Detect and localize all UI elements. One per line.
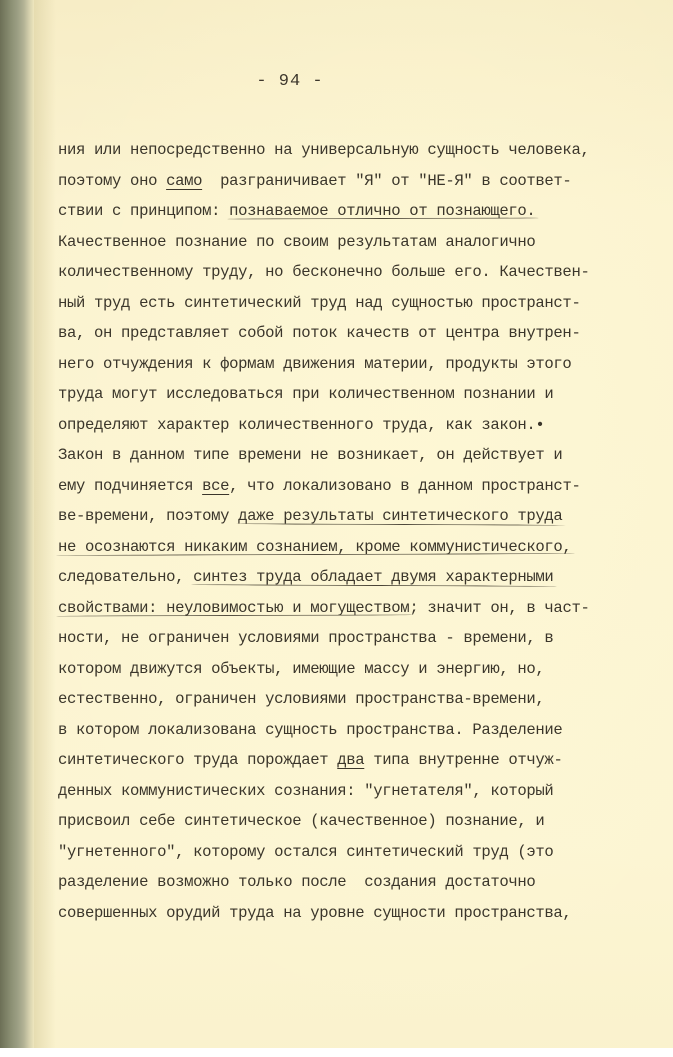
page-bottom-edge: [0, 1048, 673, 1057]
text-segment: ности, не ограничен условиями пространст…: [58, 629, 553, 647]
text-line: "угнетенного", которому остался синтетич…: [58, 837, 658, 868]
text-line: определяют характер количественного труд…: [58, 410, 658, 441]
text-line: ствии с принципом: познаваемое отлично о…: [58, 196, 658, 227]
text-line: количественному труду, но бесконечно бол…: [58, 257, 658, 288]
text-segment: следовательно,: [58, 568, 193, 586]
text-line: Закон в данном типе времени не возникает…: [58, 440, 658, 471]
text-segment: присвоил себе синтетическое (качественно…: [58, 812, 544, 830]
text-segment: ния или непосредственно на универсальную…: [58, 141, 589, 159]
text-segment: разграничивает "Я" от "НЕ-Я" в соответ-: [202, 172, 571, 190]
text-segment: ствии с принципом:: [58, 202, 229, 220]
text-segment: Закон в данном типе времени не возникает…: [58, 446, 562, 464]
text-segment: "угнетенного", которому остался синтетич…: [58, 843, 553, 861]
text-segment: труда могут исследоваться при количестве…: [58, 385, 553, 403]
text-line: труда могут исследоваться при количестве…: [58, 379, 658, 410]
binding-shadow: [34, 0, 56, 1048]
text-line: него отчуждения к формам движения матери…: [58, 349, 658, 380]
text-line: ва, он представляет собой поток качеств …: [58, 318, 658, 349]
text-segment: ный труд есть синтетический труд над сущ…: [58, 294, 580, 312]
underlined-word: два: [337, 751, 364, 769]
text-segment: естественно, ограничен условиями простра…: [58, 690, 544, 708]
text-line: разделение возможно только после создани…: [58, 867, 658, 898]
text-line: совершенных орудий труда на уровне сущно…: [58, 898, 658, 929]
underlined-word: само: [166, 172, 202, 190]
text-line: ве-времени, поэтому даже результаты синт…: [58, 501, 658, 532]
text-segment: разделение возможно только после создани…: [58, 873, 535, 891]
text-line: присвоил себе синтетическое (качественно…: [58, 806, 658, 837]
text-line: котором движутся объекты, имеющие массу …: [58, 654, 658, 685]
text-line: следовательно, синтез труда обладает дву…: [58, 562, 658, 593]
text-line: синтетического труда порождает два типа …: [58, 745, 658, 776]
underlined-word: все: [202, 477, 229, 495]
text-segment: определяют характер количественного труд…: [58, 416, 544, 434]
document-page: - 94 - ния или непосредственно на универ…: [0, 0, 673, 1057]
text-line: ния или непосредственно на универсальную…: [58, 135, 658, 166]
text-segment: котором движутся объекты, имеющие массу …: [58, 660, 544, 678]
text-segment: ва, он представляет собой поток качеств …: [58, 324, 580, 342]
text-line: Качественное познание по своим результат…: [58, 227, 658, 258]
text-segment: типа внутренне отчуж-: [364, 751, 562, 769]
text-segment: количественному труду, но бесконечно бол…: [58, 263, 589, 281]
text-line: не осознаются никаким сознанием, кроме к…: [58, 532, 658, 563]
page-number: - 94 -: [0, 72, 580, 91]
text-segment: ве-времени, поэтому: [58, 507, 238, 525]
text-line: ный труд есть синтетический труд над сущ…: [58, 288, 658, 319]
text-line: денных коммунистических сознания: "угнет…: [58, 776, 658, 807]
text-line: ему подчиняется все, что локализовано в …: [58, 471, 658, 502]
text-line: в котором локализована сущность простран…: [58, 715, 658, 746]
text-segment: ему подчиняется: [58, 477, 202, 495]
text-line: поэтому оно само разграничивает "Я" от "…: [58, 166, 658, 197]
text-line: естественно, ограничен условиями простра…: [58, 684, 658, 715]
text-segment: синтетического труда порождает: [58, 751, 337, 769]
text-segment: Качественное познание по своим результат…: [58, 233, 535, 251]
text-line: ности, не ограничен условиями пространст…: [58, 623, 658, 654]
text-segment: в котором локализована сущность простран…: [58, 721, 562, 739]
text-line: свойствами: неуловимостью и могуществом;…: [58, 593, 658, 624]
hand-underlined-phrase: синтез труда обладает двумя характерными: [193, 568, 553, 586]
body-text: ния или непосредственно на универсальную…: [58, 135, 658, 928]
text-segment: , что локализовано в данном пространст-: [229, 477, 580, 495]
hand-underlined-phrase: даже результаты синтетического труда: [238, 507, 562, 525]
text-segment: совершенных орудий труда на уровне сущно…: [58, 904, 571, 922]
text-segment: денных коммунистических сознания: "угнет…: [58, 782, 553, 800]
text-segment: поэтому оно: [58, 172, 166, 190]
text-segment: него отчуждения к формам движения матери…: [58, 355, 571, 373]
binding-edge: [0, 0, 34, 1048]
text-segment: ; значит он, в част-: [409, 599, 589, 617]
